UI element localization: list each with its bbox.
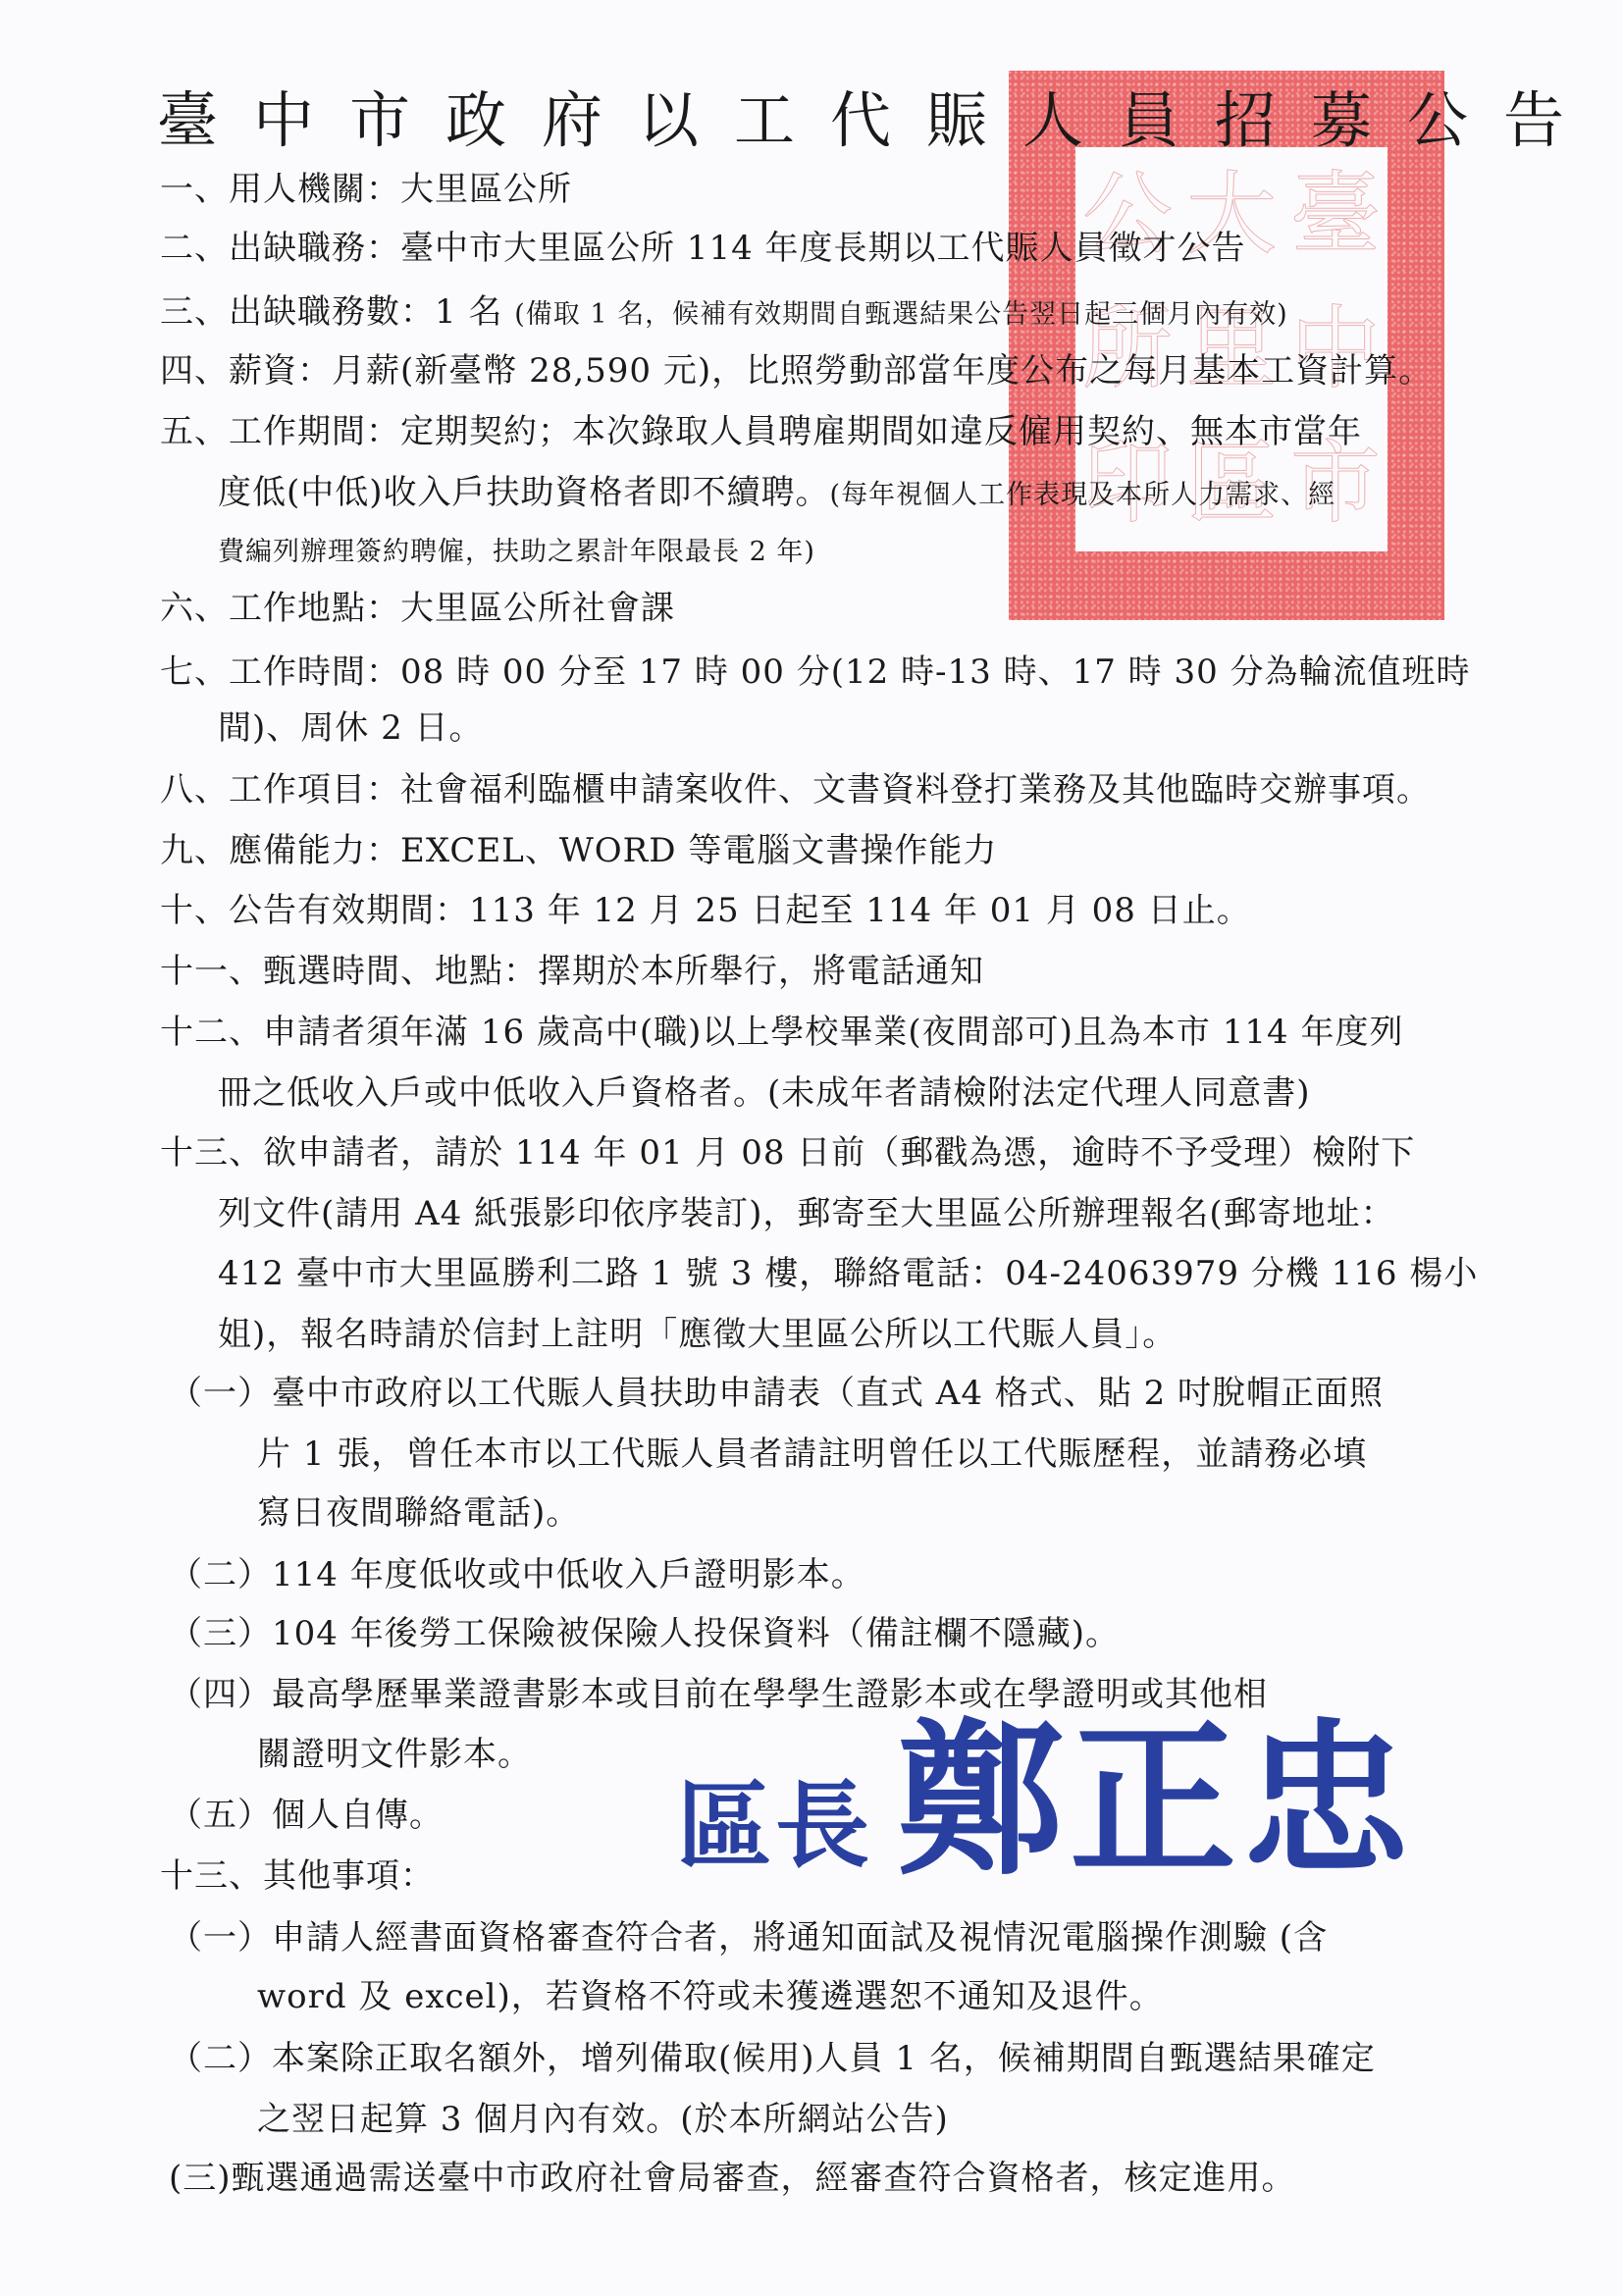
seal-char: 中 (1290, 286, 1381, 413)
other-item-1-cont: word 及 excel)，若資格不符或未獲遴選恕不通知及退件。 (257, 1977, 1164, 2016)
page-title: 臺中市政府以工代賑人員招募公告 (157, 86, 1599, 155)
item-work-location: 六、工作地點：大里區公所社會課 (160, 589, 675, 628)
other-item-2: （二）本案除正取名額外，增列備取(候用)人員 1 名，候補期間自甄選結果確定 (169, 2039, 1376, 2078)
item-application-cont-1: 列文件(請用 A4 紙張影印依序裝訂)，郵寄至大里區公所辦理報名(郵寄地址： (218, 1194, 1395, 1233)
other-item-2-cont: 之翌日起算 3 個月內有效。(於本所網站公告) (257, 2100, 949, 2139)
work-period-note-cont: 費編列辦理簽約聘僱，扶助之累計年限最長 2 年) (218, 537, 815, 567)
seal-char: 臺 (1290, 151, 1381, 279)
item-salary: 四、薪資：月薪(新臺幣 28,590 元)，比照勞動部當年度公布之每月基本工資計… (160, 351, 1433, 391)
other-item-1: （一）申請人經書面資格審查符合者，將通知面試及視情況電腦操作測驗 (含 (169, 1918, 1328, 1957)
doc-item-4-cont: 關證明文件影本。 (257, 1735, 532, 1774)
doc-item-1: （一）臺中市政府以工代賑人員扶助申請表（直式 A4 格式、貼 2 吋脫帽正面照 (169, 1374, 1384, 1413)
doc-item-2: （二）114 年度低收或中低收入戶證明影本。 (169, 1555, 865, 1594)
signature-title: 區長 (677, 1751, 873, 1886)
work-period-note: (每年視個人工作表現及本所人力需求、經 (830, 480, 1336, 510)
item-work-period-cont: 度低(中低)收入戶扶助資格者即不續聘。(每年視個人工作表現及本所人力需求、經 (218, 473, 1335, 515)
item-eligibility: 十二、申請者須年滿 16 歲高中(職)以上學校畢業(夜間部可)且為本市 114 … (160, 1013, 1403, 1052)
document-page: 臺 中 市 大 里 區 公 所 印 臺中市政府以工代賑人員招募公告 一、用人機關… (0, 0, 1623, 2296)
item-job-duties: 八、工作項目：社會福利臨櫃申請案收件、文書資料登打業務及其他臨時交辦事項。 (160, 770, 1431, 809)
item-work-hours-cont: 間)、周休 2 日。 (218, 708, 484, 748)
item-agency: 一、用人機關：大里區公所 (160, 170, 572, 209)
item-work-hours: 七、工作時間：08 時 00 分至 17 時 00 分(12 時-13 時、17… (160, 652, 1471, 692)
item-work-period-note-cont: 費編列辦理簽約聘僱，扶助之累計年限最長 2 年) (218, 530, 815, 572)
doc-item-3: （三）104 年後勞工保險被保險人投保資料（備註欄不隱藏)。 (169, 1614, 1120, 1653)
work-period-cont-text: 度低(中低)收入戶扶助資格者即不續聘。 (218, 473, 830, 512)
item-eligibility-cont: 冊之低收入戶或中低收入戶資格者。(未成年者請檢附法定代理人同意書) (218, 1073, 1311, 1113)
other-item-3: (三)甄選通過需送臺中市政府社會局審查，經審查符合資格者，核定進用。 (169, 2159, 1296, 2198)
item-position: 二、出缺職務：臺中市大里區公所 114 年度長期以工代賑人員徵才公告 (160, 229, 1246, 268)
item-application-cont-2: 412 臺中市大里區勝利二路 1 號 3 樓，聯絡電話：04-24063979 … (218, 1254, 1478, 1293)
district-chief-signature: 區長鄭正忠 (677, 1712, 1415, 1889)
item-vacancy-count: 三、出缺職務數：1 名 (備取 1 名，候補有效期間自甄選結果公告翌日起三個月內… (160, 292, 1288, 335)
vacancy-count-note: (備取 1 名，候補有效期間自甄選結果公告翌日起三個月內有效) (514, 299, 1287, 330)
item-required-skills: 九、應備能力：EXCEL、WORD 等電腦文書操作能力 (160, 831, 997, 870)
doc-item-1-cont-2: 寫日夜間聯絡電話)。 (257, 1493, 580, 1533)
item-other-matters: 十三、其他事項： (160, 1856, 435, 1896)
doc-item-4: （四）最高學歷畢業證書影本或目前在學學生證影本或在學證明或其他相 (169, 1675, 1268, 1714)
item-application: 十三、欲申請者，請於 114 年 01 月 08 日前（郵戳為憑，逾時不予受理）… (160, 1133, 1415, 1173)
item-notice-period: 十、公告有效期間：113 年 12 月 25 日起至 114 年 01 月 08… (160, 891, 1251, 930)
item-application-cont-3: 姐)，報名時請於信封上註明「應徵大里區公所以工代賑人員」。 (218, 1315, 1177, 1354)
doc-item-1-cont-1: 片 1 張，曾任本市以工代賑人員者請註明曾任以工代賑歷程，並請務必填 (257, 1435, 1367, 1474)
signature-name: 鄭正忠 (897, 1712, 1415, 1889)
doc-item-5: （五）個人自傳。 (169, 1796, 444, 1835)
item-work-period: 五、工作期間：定期契約；本次錄取人員聘雇期間如違反僱用契約、無本市當年 (160, 412, 1362, 451)
vacancy-count-text: 三、出缺職務數：1 名 (160, 292, 502, 332)
item-selection: 十一、甄選時間、地點：擇期於本所舉行，將電話通知 (160, 952, 984, 991)
